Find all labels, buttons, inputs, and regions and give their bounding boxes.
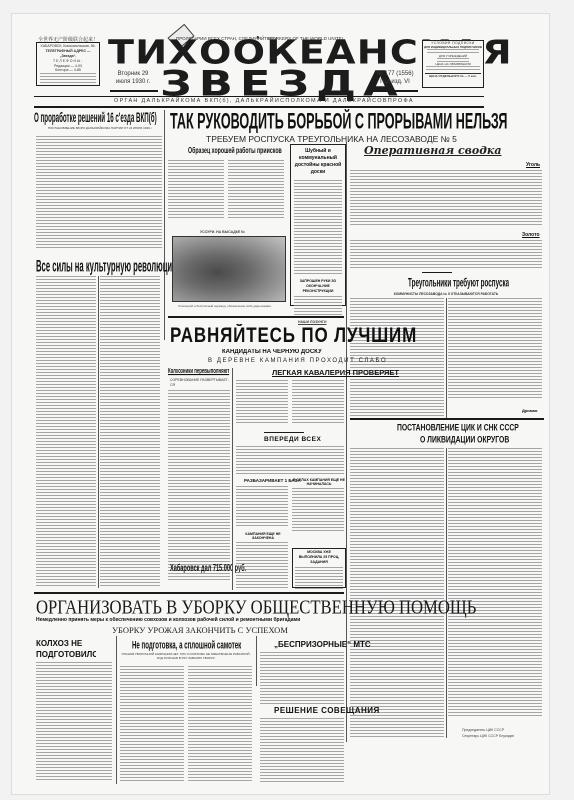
issue-year: Год изд. VI — [370, 78, 420, 86]
ad-rates — [426, 66, 480, 72]
photo-label: УССУРИ. НА ВЫСАДКЕ № — [200, 230, 245, 234]
photo-caption: Хлопкороб и бесплатный перевод, обозначе… — [178, 304, 288, 308]
article-body-not-prepared-2 — [188, 666, 252, 782]
headline-village: В ДЕРЕВНЕ КАМПАНИЯ ПРОХОДИТ СЛАБО — [208, 358, 387, 364]
headline-decree-sub: О ЛИКВИДАЦИИ ОКРУГОВ — [420, 434, 509, 445]
contact-telegraph: ТЕЛЕГРАФНЫЙ АДРЕС — „Звезда“. — [37, 49, 99, 59]
headline-decisions: РЕШЕНИЕ СОВЕЩАНИЯ — [274, 706, 380, 715]
article-body-ahead — [236, 446, 344, 474]
oversubscribe-subtitle: СОРЕВНОВАНИЕ РАЗВЕРТЫВАЕТ-СЯ — [170, 378, 230, 388]
column-divider — [232, 368, 233, 590]
issue-number: № 177 (1556) — [370, 70, 420, 78]
column-divider — [116, 636, 117, 784]
column-divider — [346, 142, 347, 742]
article-body-not-prepared-1 — [120, 666, 184, 782]
headline-campaign: КАМПАНИЯ ЕЩЕ НЕ ЗАКОНЧЕНА — [238, 532, 288, 540]
headline-decree: ПОСТАНОВЛЕНИЕ ЦИК И СНК СССР — [397, 422, 519, 433]
issue-info: № 177 (1556) Год изд. VI — [370, 70, 420, 86]
headline-culture: Все силы на культурную революцию — [36, 256, 179, 276]
not-prepared-subtitle: ПЛАНОВ УБОРОЧНОЙ КАМПАНИИ НЕТ. МТС И КОЛ… — [120, 652, 252, 660]
headline-khabarovsk: Хабаровск дал 715.000 руб. — [170, 562, 246, 574]
headline-candidates: КАНДИДАТЫ НА ЧЕРНУЮ ДОСКУ — [222, 349, 322, 355]
organ-line: ОРГАН ДАЛЬКРАЙКОМА ВКП(б), ДАЛЬКРАЙИСПОЛ… — [114, 98, 404, 104]
headline-ahead: ВПЕРЕДИ ВСЕХ — [264, 436, 321, 443]
divider — [422, 272, 452, 273]
date-line-1: Вторник 29 — [108, 70, 158, 78]
article-body-razbaz — [236, 486, 288, 526]
article-body-triangles-2 — [448, 298, 542, 398]
subhead-gold: Золото — [522, 232, 540, 238]
column-divider — [98, 276, 99, 588]
subhead-coal: Уголь — [526, 162, 540, 168]
masthead-rule-top — [34, 96, 484, 97]
article-body-reconstruction — [294, 296, 342, 316]
article-body-kolkhoz — [36, 662, 112, 782]
workers-photo — [172, 236, 286, 302]
contact-line-2: Контора — 4-85 — [37, 68, 99, 72]
subscription-box: УСЛОВИЯ ПОДПИСКИ ДЛЯ ИНДИВИДУАЛЬНЫХ ПОДП… — [422, 40, 484, 88]
headline-party-decisions: О проработке решений 16 с'езда ВКП(б) — [34, 111, 157, 126]
divider — [34, 592, 344, 594]
main-headline: ТАК РУКОВОДИТЬ БОРЬБОЙ С ПРОРЫВАМИ НЕЛЬЗ… — [170, 109, 507, 135]
organize-subtitle: Немедленно принять меры к обеспечению со… — [36, 617, 300, 623]
article-body-mts — [260, 652, 344, 704]
headline-homeless-mts: „БЕСПРИЗОРНЫЕ“ МТС — [274, 640, 371, 649]
article-body-coal — [350, 170, 542, 226]
headline-triangles: Треугольники требуют роспуска — [408, 276, 509, 289]
issue-rule — [372, 90, 418, 92]
article-body-campaign — [236, 542, 288, 588]
divider — [350, 418, 544, 420]
article-body-culture-2 — [100, 276, 160, 586]
newspaper-page: 全世界无产阶级联合起来！ ПРОЛЕТАРИИ ВСЕХ СТРАН, СОЕД… — [12, 14, 549, 794]
article-body-decisions — [260, 718, 344, 782]
triangles-subtitle: КОММУНИСТЫ ЛЕСОЗАВОДА № 5 ОТКАЗЫВАЮТСЯ Р… — [350, 291, 542, 297]
contact-hours — [40, 73, 96, 83]
single-issue-price: ЦЕНА ОТДЕЛЬНОГО № — 5 коп. — [425, 73, 481, 78]
article-body-cavalry-2 — [292, 380, 344, 424]
headline-harvest: УБОРКУ УРОЖАЯ ЗАКОНЧИТЬ С УСПЕХОМ — [112, 625, 288, 635]
article-body-gold — [350, 240, 542, 270]
headline-kolkhoz: КОЛХОЗ НЕ ПОДГОТОВИЛСЯ — [36, 638, 96, 660]
date-rule — [110, 90, 158, 92]
headline-light-cavalry: ЛЕГКАЯ КАВАЛЕРИЯ ПРОВЕРЯЕТ — [272, 368, 399, 377]
date-line-2: июля 1930 г. — [108, 78, 158, 86]
article-body-oversubscribe — [168, 390, 230, 580]
article-body-example-1 — [168, 160, 224, 220]
article-body-cavalry-1 — [236, 380, 288, 424]
column-divider — [164, 110, 165, 340]
decree-secretary: Секретарь ЦИК СССР Енукидзе — [462, 734, 514, 738]
decree-subtitle: ПОСТАНОВЛЕНИЕ БЮРО ДАЛЬКРАЙКОМА ПАРТИИ О… — [40, 126, 160, 130]
column-divider — [446, 298, 447, 418]
shuby-box: Шубный и коммунальный достойны красной д… — [290, 144, 346, 306]
moscow-box: МОСКВА УЖЕ ВЫПОЛНИЛА 25 ПРОЦ. ЗАДАНИЯ — [292, 548, 346, 588]
contact-box: ХАБАРОВСК, Комсомольская, 56. ТЕЛЕГРАФНЫ… — [36, 42, 100, 86]
headline-equal-best: РАВНЯЙТЕСЬ ПО ЛУЧШИМ — [170, 324, 417, 348]
headline-example-work: Образец хорошей работы приисков — [188, 147, 282, 155]
headline-organize: ОРГАНИЗОВАТЬ В УБОРКУ ОБЩЕСТВЕННУЮ ПОМОЩ… — [36, 596, 476, 619]
headline-moscow: МОСКВА УЖЕ ВЫПОЛНИЛА 25 ПРОЦ. ЗАДАНИЯ — [293, 549, 345, 566]
headline-oversubscribe: Колхозники перевыполняют — [168, 368, 229, 375]
article-body-example-2 — [228, 160, 284, 220]
article-body-party — [36, 136, 162, 248]
column-divider — [446, 448, 447, 738]
headline-not-prepared: Не подготовка, а сплошной самотек — [132, 638, 241, 651]
article-body-shuby — [294, 180, 342, 275]
masthead-rule-bottom — [34, 106, 484, 108]
divider — [264, 432, 304, 433]
article-body-moscow — [295, 567, 343, 591]
decree-body-1 — [350, 448, 444, 738]
divider — [168, 316, 344, 318]
article-body-villages — [292, 488, 344, 532]
decree-chairman: Председатель ЦИК СССР — [462, 728, 504, 732]
column-divider — [256, 636, 257, 686]
headline-shuby: Шубный и коммунальный достойны красной д… — [291, 148, 345, 176]
headline-operative-report: Оперативная сводка — [364, 144, 501, 157]
subscription-rates — [427, 49, 479, 54]
headline-reconstruction: ЗАПРОШЕН РУКИ ЗО ОКОНЧА-НИЕ РЕКОНСТРУКЦИ… — [291, 279, 345, 294]
decree-body-2 — [448, 448, 542, 718]
main-subheadline: ТРЕБУЕМ РОСПУСКА ТРЕУГОЛЬНИКА НА ЛЕСОЗАВ… — [206, 134, 457, 144]
issue-date: Вторник 29 июля 1930 г. — [108, 70, 158, 86]
subscription-rates-2 — [437, 58, 469, 62]
signature: Дриман. — [522, 408, 538, 413]
headline-villages: В СЕЛАХ КАМПАНИЯ ЕЩЕ НЕ НАЧИНАЛАСЬ — [292, 478, 346, 486]
article-body-culture-1 — [36, 276, 96, 586]
